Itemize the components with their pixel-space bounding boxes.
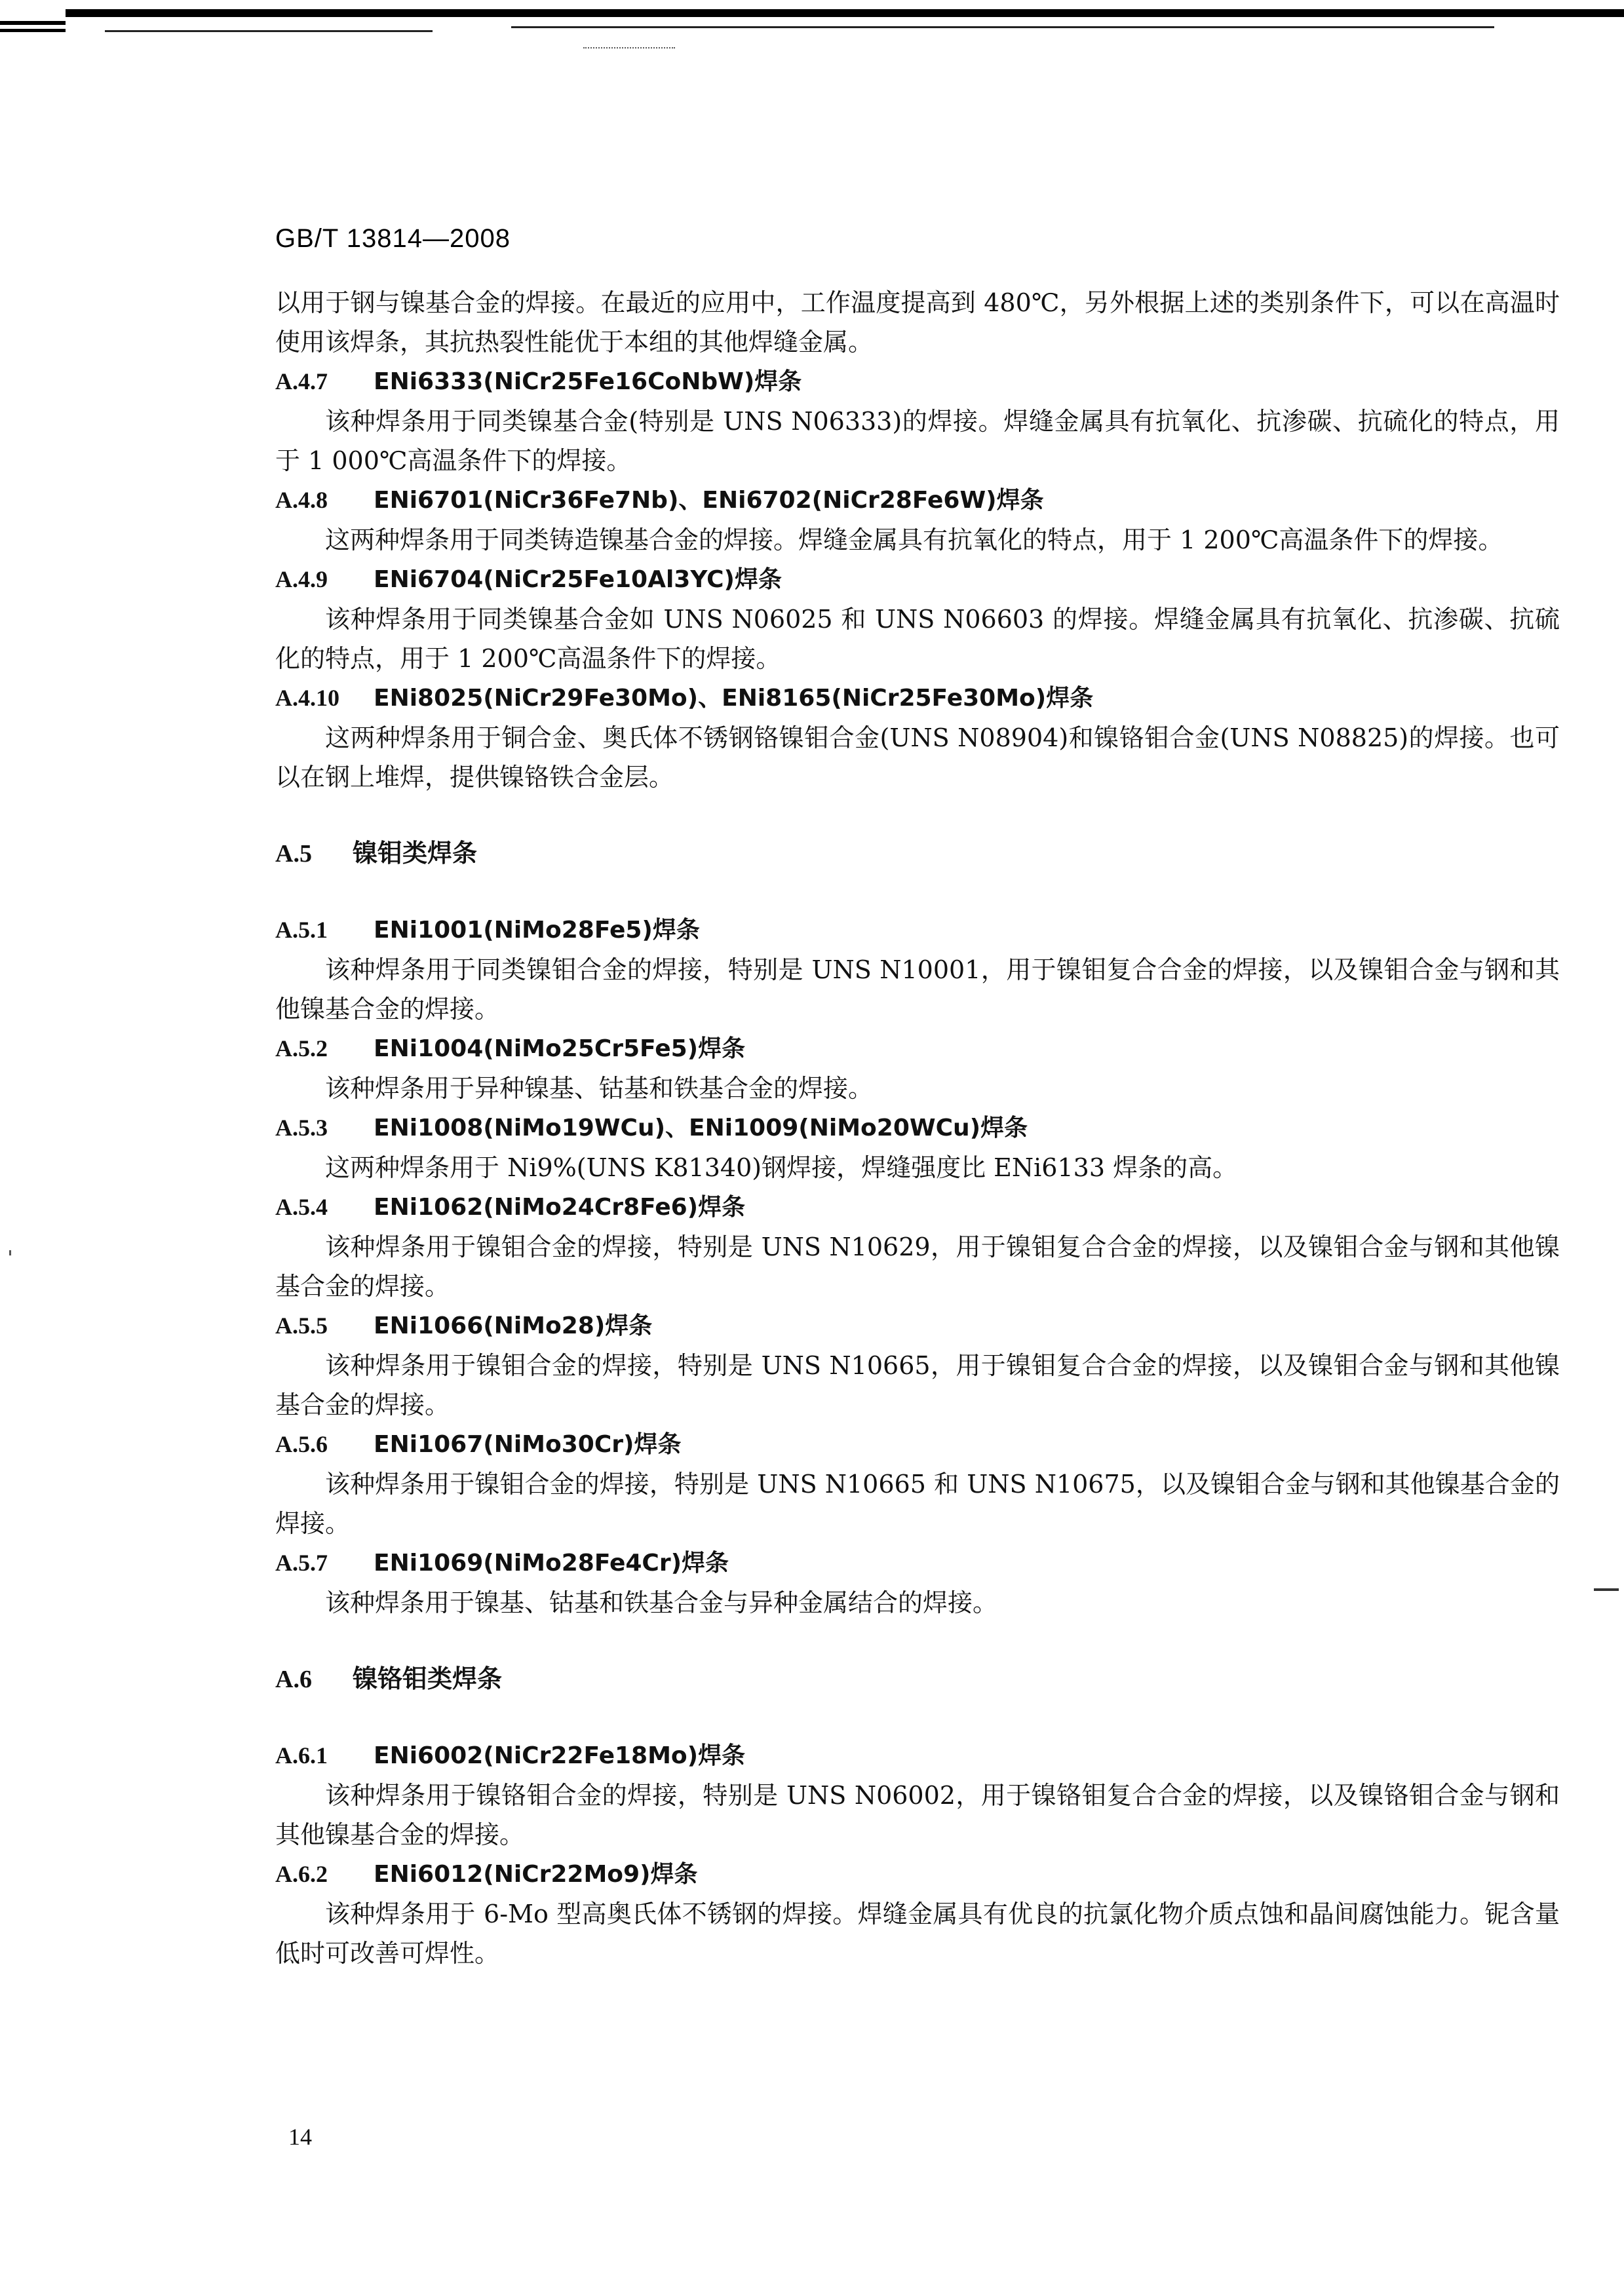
group-number: A.6 xyxy=(275,1660,353,1699)
section-heading-a6-1: A.6.1ENi6002(NiCr22Fe18Mo)焊条 xyxy=(275,1736,1560,1776)
section-number: A.5.4 xyxy=(275,1187,374,1227)
scan-header-rule xyxy=(0,0,1624,21)
group-number: A.5 xyxy=(275,834,353,873)
section-number: A.5.7 xyxy=(275,1543,374,1582)
section-title: ENi6704(NiCr25Fe10Al3YC)焊条 xyxy=(374,566,782,593)
group-title: 镍铬钼类焊条 xyxy=(353,1664,502,1693)
section-title: ENi1001(NiMo28Fe5)焊条 xyxy=(374,917,700,944)
section-heading-a5-3: A.5.3ENi1008(NiMo19WCu)、ENi1009(NiMo20WC… xyxy=(275,1108,1560,1148)
section-number: A.6.2 xyxy=(275,1854,374,1894)
document-body: 以用于钢与镍基合金的焊接。在最近的应用中，工作温度提高到 480℃，另外根据上述… xyxy=(275,283,1560,1973)
section-text: 这两种焊条用于 Ni9%(UNS K81340)钢焊接，焊缝强度比 ENi613… xyxy=(275,1148,1560,1187)
scan-smudge xyxy=(583,47,675,51)
scan-margin-dot xyxy=(9,1250,11,1255)
header-rule-thin xyxy=(511,26,1494,28)
section-title: ENi1066(NiMo28)焊条 xyxy=(374,1312,652,1339)
section-heading-a5-4: A.5.4ENi1062(NiMo24Cr8Fe6)焊条 xyxy=(275,1187,1560,1227)
section-title: ENi1008(NiMo19WCu)、ENi1009(NiMo20WCu)焊条 xyxy=(374,1115,1028,1141)
section-text: 该种焊条用于镍钼合金的焊接，特别是 UNS N10629，用于镍钼复合合金的焊接… xyxy=(275,1227,1560,1306)
group-title: 镍钼类焊条 xyxy=(353,839,477,868)
section-text: 该种焊条用于镍铬钼合金的焊接，特别是 UNS N06002，用于镍铬钼复合合金的… xyxy=(275,1776,1560,1854)
section-number: A.6.1 xyxy=(275,1736,374,1775)
section-number: A.5.1 xyxy=(275,910,374,949)
section-number: A.5.2 xyxy=(275,1029,374,1068)
section-heading-a4-8: A.4.8ENi6701(NiCr36Fe7Nb)、ENi6702(NiCr28… xyxy=(275,480,1560,520)
section-text: 该种焊条用于镍基、钴基和铁基合金与异种金属结合的焊接。 xyxy=(275,1583,1560,1622)
section-heading-a5-1: A.5.1ENi1001(NiMo28Fe5)焊条 xyxy=(275,910,1560,950)
section-text: 该种焊条用于 6-Mo 型高奥氏体不锈钢的焊接。焊缝金属具有优良的抗氯化物介质点… xyxy=(275,1894,1560,1973)
standard-code: GB/T 13814—2008 xyxy=(275,224,511,254)
section-heading-a4-9: A.4.9ENi6704(NiCr25Fe10Al3YC)焊条 xyxy=(275,560,1560,600)
section-number: A.4.8 xyxy=(275,480,374,520)
section-text: 该种焊条用于镍钼合金的焊接，特别是 UNS N10665，用于镍钼复合合金的焊接… xyxy=(275,1346,1560,1425)
section-number: A.4.10 xyxy=(275,678,374,717)
intro-continuation: 以用于钢与镍基合金的焊接。在最近的应用中，工作温度提高到 480℃，另外根据上述… xyxy=(275,283,1560,362)
section-text: 该种焊条用于镍钼合金的焊接，特别是 UNS N10665 和 UNS N1067… xyxy=(275,1464,1560,1543)
section-heading-a5-7: A.5.7ENi1069(NiMo28Fe4Cr)焊条 xyxy=(275,1543,1560,1583)
header-rule-thick xyxy=(66,9,1624,17)
section-title: ENi6012(NiCr22Mo9)焊条 xyxy=(374,1861,698,1888)
page-number: 14 xyxy=(288,2123,312,2151)
section-heading-a5-5: A.5.5ENi1066(NiMo28)焊条 xyxy=(275,1306,1560,1346)
section-title: ENi6701(NiCr36Fe7Nb)、ENi6702(NiCr28Fe6W)… xyxy=(374,487,1044,514)
section-title: ENi1062(NiMo24Cr8Fe6)焊条 xyxy=(374,1194,745,1221)
header-rule-left-mark xyxy=(0,29,66,32)
section-number: A.5.6 xyxy=(275,1425,374,1464)
section-number: A.4.7 xyxy=(275,362,374,401)
section-text: 这两种焊条用于铜合金、奥氏体不锈钢铬镍钼合金(UNS N08904)和镍铬钼合金… xyxy=(275,718,1560,797)
section-heading-a4-7: A.4.7ENi6333(NiCr25Fe16CoNbW)焊条 xyxy=(275,362,1560,402)
section-number: A.5.5 xyxy=(275,1306,374,1345)
section-heading-a5-2: A.5.2ENi1004(NiMo25Cr5Fe5)焊条 xyxy=(275,1029,1560,1069)
section-text: 该种焊条用于同类镍钼合金的焊接，特别是 UNS N10001，用于镍钼复合合金的… xyxy=(275,950,1560,1029)
section-title: ENi1069(NiMo28Fe4Cr)焊条 xyxy=(374,1550,729,1577)
section-heading-a4-10: A.4.10ENi8025(NiCr29Fe30Mo)、ENi8165(NiCr… xyxy=(275,678,1560,718)
section-title: ENi1067(NiMo30Cr)焊条 xyxy=(374,1431,681,1458)
section-number: A.5.3 xyxy=(275,1108,374,1147)
section-title: ENi1004(NiMo25Cr5Fe5)焊条 xyxy=(374,1035,745,1062)
section-heading-a5-6: A.5.6ENi1067(NiMo30Cr)焊条 xyxy=(275,1425,1560,1464)
section-title: ENi8025(NiCr29Fe30Mo)、ENi8165(NiCr25Fe30… xyxy=(374,685,1093,712)
section-number: A.4.9 xyxy=(275,560,374,599)
section-text: 该种焊条用于同类镍基合金(特别是 UNS N06333)的焊接。焊缝金属具有抗氧… xyxy=(275,402,1560,480)
header-rule-left-mark xyxy=(0,21,66,25)
group-heading-a6: A.6镍铬钼类焊条 xyxy=(275,1659,1560,1699)
section-title: ENi6333(NiCr25Fe16CoNbW)焊条 xyxy=(374,368,802,395)
section-heading-a6-2: A.6.2ENi6012(NiCr22Mo9)焊条 xyxy=(275,1854,1560,1894)
section-text: 该种焊条用于异种镍基、钴基和铁基合金的焊接。 xyxy=(275,1069,1560,1108)
section-text: 这两种焊条用于同类铸造镍基合金的焊接。焊缝金属具有抗氧化的特点，用于 1 200… xyxy=(275,520,1560,560)
scan-margin-mark xyxy=(1594,1588,1619,1591)
section-text: 该种焊条用于同类镍基合金如 UNS N06025 和 UNS N06603 的焊… xyxy=(275,600,1560,678)
section-title: ENi6002(NiCr22Fe18Mo)焊条 xyxy=(374,1742,745,1769)
group-heading-a5: A.5镍钼类焊条 xyxy=(275,833,1560,873)
header-rule-thin xyxy=(105,30,433,32)
